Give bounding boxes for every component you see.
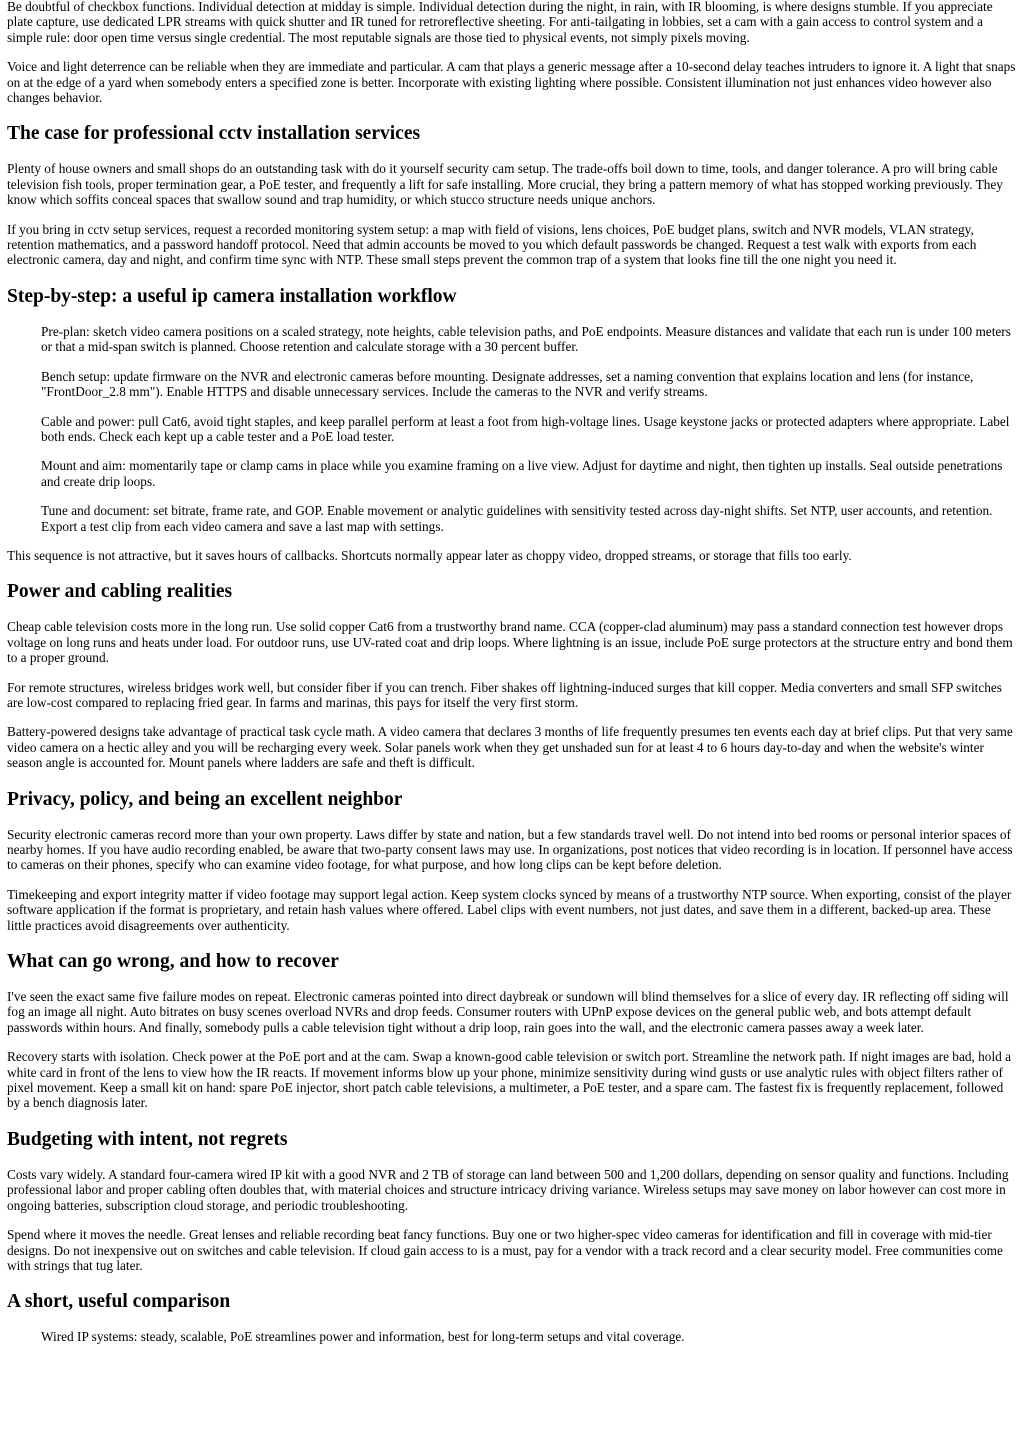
list-item: Bench setup: update firmware on the NVR …: [41, 369, 1017, 400]
section-heading: Power and cabling realities: [7, 581, 1017, 603]
section-heading: Budgeting with intent, not regrets: [7, 1129, 1017, 1151]
section-what-can-go-wrong: What can go wrong, and how to recover I'…: [7, 951, 1017, 1111]
section-heading: What can go wrong, and how to recover: [7, 951, 1017, 973]
paragraph: Battery-powered designs take advantage o…: [7, 724, 1017, 770]
section-professional-installation: The case for professional cctv installat…: [7, 123, 1017, 267]
paragraph: Recovery starts with isolation. Check po…: [7, 1049, 1017, 1111]
paragraph: Costs vary widely. A standard four-camer…: [7, 1167, 1017, 1213]
list-item: Wired IP systems: steady, scalable, PoE …: [41, 1329, 1017, 1344]
section-privacy-policy: Privacy, policy, and being an excellent …: [7, 789, 1017, 933]
section-installation-workflow: Step-by-step: a useful ip camera install…: [7, 286, 1017, 563]
paragraph: Security electronic cameras record more …: [7, 827, 1017, 873]
section-comparison: A short, useful comparison Wired IP syst…: [7, 1291, 1017, 1344]
section-budgeting: Budgeting with intent, not regrets Costs…: [7, 1129, 1017, 1273]
paragraph: This sequence is not attractive, but it …: [7, 548, 1017, 563]
paragraph: Spend where it moves the needle. Great l…: [7, 1227, 1017, 1273]
list-item: Cable and power: pull Cat6, avoid tight …: [41, 414, 1017, 445]
list-item: Pre-plan: sketch video camera positions …: [41, 324, 1017, 355]
paragraph: For remote structures, wireless bridges …: [7, 680, 1017, 711]
list-item: Tune and document: set bitrate, frame ra…: [41, 503, 1017, 534]
section-power-cabling: Power and cabling realities Cheap cable …: [7, 581, 1017, 770]
comparison-list: Wired IP systems: steady, scalable, PoE …: [7, 1329, 1017, 1344]
workflow-steps-list: Pre-plan: sketch video camera positions …: [7, 324, 1017, 534]
list-item: Mount and aim: momentarily tape or clamp…: [41, 458, 1017, 489]
paragraph: Timekeeping and export integrity matter …: [7, 887, 1017, 933]
intro-paragraph: Be doubtful of checkbox functions. Indiv…: [7, 0, 1017, 45]
section-heading: Step-by-step: a useful ip camera install…: [7, 286, 1017, 308]
article-body: Be doubtful of checkbox functions. Indiv…: [0, 0, 1024, 1345]
paragraph: Plenty of house owners and small shops d…: [7, 161, 1017, 207]
section-heading: Privacy, policy, and being an excellent …: [7, 789, 1017, 811]
section-heading: A short, useful comparison: [7, 1291, 1017, 1313]
paragraph: Cheap cable television costs more in the…: [7, 619, 1017, 665]
section-heading: The case for professional cctv installat…: [7, 123, 1017, 145]
paragraph: If you bring in cctv setup services, req…: [7, 222, 1017, 268]
paragraph: I've seen the exact same five failure mo…: [7, 989, 1017, 1035]
intro-paragraph: Voice and light deterrence can be reliab…: [7, 59, 1017, 105]
